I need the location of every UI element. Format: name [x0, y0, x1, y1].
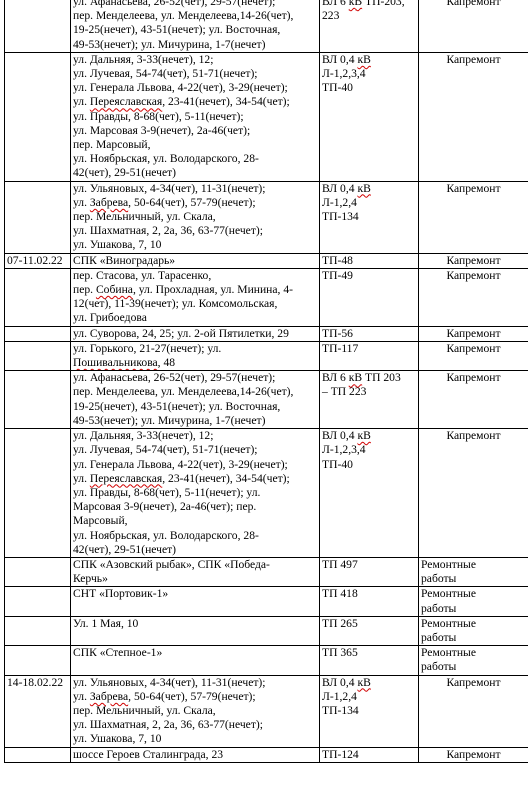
text-line: ТП-48: [322, 254, 416, 268]
address-cell: СПК «Азовский рыбак», СПК «Победа-Керчь»: [71, 557, 320, 586]
text-line: пер. Менделеева, ул. Менделеева,14-26(че…: [73, 385, 317, 399]
address-cell: ул. Ульяновых, 4-34(чет), 11-31(нечет);у…: [71, 181, 320, 253]
object-cell: ТП 365: [320, 646, 419, 675]
text-line: Л-1,2,4: [322, 690, 416, 704]
text-line: ТП 265: [322, 617, 416, 631]
text-line: ТП-134: [322, 210, 416, 224]
document-page: ул. Афанасьева, 26-52(чет), 29-57(нечет)…: [4, 0, 528, 763]
work-type-cell: Капремонт: [419, 326, 528, 341]
address-cell: ул. Дальняя, 3-33(нечет), 12;ул. Лучевая…: [71, 52, 320, 181]
table-row: ул. Афанасьева, 26-52(чет), 29-57(нечет)…: [5, 0, 528, 52]
text-line: ТП 418: [322, 587, 416, 601]
text-line: ул. Афанасьева, 26-52(чет), 29-57(нечет)…: [73, 0, 317, 9]
date-cell: 14-18.02.22: [5, 675, 71, 747]
text-line: ул. Переяславская, 23-41(нечет), 34-54(ч…: [73, 95, 317, 109]
address-cell: Ул. 1 Мая, 10: [71, 616, 320, 645]
date-cell: [5, 52, 71, 181]
address-cell: ул. Афанасьева, 26-52(чет), 29-57(нечет)…: [71, 0, 320, 52]
text-line: пер. Собина, ул. Прохладная, ул. Минина,…: [73, 283, 317, 297]
text-line: работы: [421, 660, 526, 674]
table-row: ул. Суворова, 24, 25; ул. 2-ой Пятилетки…: [5, 326, 528, 341]
spellcheck-flag: Собина: [96, 283, 133, 296]
address-cell: ул. Афанасьева, 26-52(чет), 29-57(нечет)…: [71, 371, 320, 429]
text-line: Марсовая 3-9(нечет), 2а-46(чет); пер.: [73, 500, 317, 514]
spellcheck-flag: Забрева: [90, 196, 128, 209]
text-line: Пошивальникова, 48: [73, 356, 317, 370]
text-line: ул. Афанасьева, 26-52(чет), 29-57(нечет)…: [73, 371, 317, 385]
outage-schedule-table: ул. Афанасьева, 26-52(чет), 29-57(нечет)…: [4, 0, 528, 763]
address-cell: СНТ «Портовик-1»: [71, 587, 320, 616]
text-line: СПК «Виноградарь»: [73, 254, 317, 268]
text-line: ул. Забрева, 50-64(чет), 57-79(нечет);: [73, 690, 317, 704]
text-line: Л-1,2,3,4: [322, 67, 416, 81]
table-row: ул. Ульяновых, 4-34(чет), 11-31(нечет);у…: [5, 181, 528, 253]
text-line: ТП-40: [322, 458, 416, 472]
text-line: 42(чет), 29-51(нечет): [73, 166, 317, 180]
text-line: шоссе Героев Сталинграда, 23: [73, 748, 317, 762]
date-cell: 07-11.02.22: [5, 253, 71, 268]
table-body: ул. Афанасьева, 26-52(чет), 29-57(нечет)…: [5, 0, 528, 762]
object-cell: ТП 497: [320, 557, 419, 586]
date-cell: [5, 341, 71, 370]
spellcheck-flag: кВ: [349, 0, 362, 8]
spellcheck-flag: кВ: [349, 371, 362, 384]
text-line: 42(чет), 29-51(нечет): [73, 543, 317, 557]
text-line: ВЛ 0,4 кВ: [322, 429, 416, 443]
text-line: Ремонтные: [421, 587, 526, 601]
table-row: Ул. 1 Мая, 10ТП 265Ремонтныеработы: [5, 616, 528, 645]
text-line: Л-1,2,3,4: [322, 443, 416, 457]
table-row: СНТ «Портовик-1»ТП 418Ремонтныеработы: [5, 587, 528, 616]
address-cell: ул. Дальняя, 3-33(нечет), 12;ул. Лучевая…: [71, 429, 320, 558]
work-type-cell: Капремонт: [419, 675, 528, 747]
text-line: 12(чет), 11-39(нечет); ул. Комсомольская…: [73, 297, 317, 311]
text-line: Ремонтные: [421, 617, 526, 631]
text-line: ул. Суворова, 24, 25; ул. 2-ой Пятилетки…: [73, 327, 317, 341]
address-cell: СПК «Степное-1»: [71, 646, 320, 675]
text-line: ул. Лучевая, 54-74(чет), 51-71(нечет);: [73, 67, 317, 81]
address-cell: СПК «Виноградарь»: [71, 253, 320, 268]
work-type-cell: Капремонт: [419, 52, 528, 181]
text-line: ул. Ульяновых, 4-34(чет), 11-31(нечет);: [73, 182, 317, 196]
text-line: СНТ «Портовик-1»: [73, 587, 317, 601]
text-line: ул. Ноябрьская, ул. Володарского, 28-: [73, 529, 317, 543]
work-type-cell: Капремонт: [419, 181, 528, 253]
spellcheck-flag: кВ: [357, 429, 370, 442]
text-line: 19-25(нечет), 43-51(нечет); ул. Восточна…: [73, 23, 317, 37]
text-line: ул. Грибоедова: [73, 311, 317, 325]
date-cell: [5, 747, 71, 762]
text-line: – ТП 223: [322, 385, 416, 399]
text-line: пер. Мельничный, ул. Скала,: [73, 704, 317, 718]
text-line: ТП 365: [322, 646, 416, 660]
work-type-cell: Капремонт: [419, 341, 528, 370]
date-cell: [5, 268, 71, 326]
text-line: СПК «Азовский рыбак», СПК «Победа-: [73, 558, 317, 572]
text-line: ВЛ 0,4 кВ: [322, 182, 416, 196]
table-row: СПК «Степное-1»ТП 365Ремонтныеработы: [5, 646, 528, 675]
work-type-cell: Капремонт: [419, 747, 528, 762]
spellcheck-flag: Пошивальникова: [73, 356, 158, 369]
text-line: ул. Забрева, 50-64(чет), 57-79(нечет);: [73, 196, 317, 210]
table-row: СПК «Азовский рыбак», СПК «Победа-Керчь»…: [5, 557, 528, 586]
date-cell: [5, 181, 71, 253]
date-cell: [5, 429, 71, 558]
address-cell: ул. Ульяновых, 4-34(чет), 11-31(нечет);у…: [71, 675, 320, 747]
table-row: ул. Горького, 21-27(нечет); ул.Пошивальн…: [5, 341, 528, 370]
text-line: 49-53(нечет); ул. Мичурина, 1-7(нечет): [73, 38, 317, 52]
work-type-cell: Ремонтныеработы: [419, 616, 528, 645]
text-line: 19-25(нечет), 43-51(нечет); ул. Восточна…: [73, 400, 317, 414]
text-line: пер. Марсовый,: [73, 138, 317, 152]
text-line: Марсовый,: [73, 514, 317, 528]
text-line: пер. Мельничный, ул. Скала,: [73, 210, 317, 224]
spellcheck-flag: Переяславская: [90, 472, 162, 485]
text-line: ВЛ 0,4 кВ: [322, 53, 416, 67]
text-line: ул. Правды, 8-68(чет), 5-11(нечет);: [73, 110, 317, 124]
text-line: работы: [421, 631, 526, 645]
object-cell: ТП 418: [320, 587, 419, 616]
spellcheck-flag: кВ: [357, 182, 370, 195]
address-cell: ул. Горького, 21-27(нечет); ул.Пошивальн…: [71, 341, 320, 370]
text-line: ул. Ноябрьская, ул. Володарского, 28-: [73, 152, 317, 166]
text-line: ул. Генерала Львова, 4-22(чет), 3-29(неч…: [73, 81, 317, 95]
work-type-cell: Ремонтныеработы: [419, 646, 528, 675]
object-cell: ВЛ 6 кВ ТП-203,223: [320, 0, 419, 52]
spellcheck-flag: Переяславская: [90, 95, 162, 108]
object-cell: ВЛ 0,4 кВЛ-1,2,4ТП-134: [320, 181, 419, 253]
text-line: Л-1,2,4: [322, 196, 416, 210]
text-line: пер. Менделеева, ул. Менделеева,14-26(че…: [73, 9, 317, 23]
date-cell: [5, 587, 71, 616]
date-cell: [5, 646, 71, 675]
text-line: Ремонтные: [421, 646, 526, 660]
address-cell: пер. Стасова, ул. Тарасенко,пер. Собина,…: [71, 268, 320, 326]
text-line: ул. Дальняя, 3-33(нечет), 12;: [73, 53, 317, 67]
text-line: ул. Шахматная, 2, 2а, 36, 63-77(нечет);: [73, 224, 317, 238]
date-cell: [5, 557, 71, 586]
text-line: ТП-40: [322, 81, 416, 95]
text-line: ул. Дальняя, 3-33(нечет), 12;: [73, 429, 317, 443]
spellcheck-flag: Забрева: [90, 690, 128, 703]
table-row: ул. Дальняя, 3-33(нечет), 12;ул. Лучевая…: [5, 52, 528, 181]
text-line: ул. Шахматная, 2, 2а, 36, 63-77(нечет);: [73, 718, 317, 732]
text-line: ТП-117: [322, 342, 416, 356]
text-line: ул. Генерала Львова, 4-22(чет), 3-29(неч…: [73, 458, 317, 472]
work-type-cell: Капремонт: [419, 253, 528, 268]
work-type-cell: Ремонтныеработы: [419, 557, 528, 586]
table-row: 07-11.02.22СПК «Виноградарь»ТП-48Капремо…: [5, 253, 528, 268]
table-row: шоссе Героев Сталинграда, 23ТП-124Капрем…: [5, 747, 528, 762]
text-line: 223: [322, 9, 416, 23]
object-cell: ТП-117: [320, 341, 419, 370]
table-row: ул. Афанасьева, 26-52(чет), 29-57(нечет)…: [5, 371, 528, 429]
object-cell: ТП-49: [320, 268, 419, 326]
date-cell: [5, 616, 71, 645]
date-cell: [5, 371, 71, 429]
text-line: ТП-124: [322, 748, 416, 762]
text-line: ул. Лучевая, 54-74(чет), 51-71(нечет);: [73, 443, 317, 457]
text-line: ул. Ушакова, 7, 10: [73, 732, 317, 746]
address-cell: ул. Суворова, 24, 25; ул. 2-ой Пятилетки…: [71, 326, 320, 341]
work-type-cell: Капремонт: [419, 268, 528, 326]
text-line: ул. Правды, 8-68(чет), 5-11(нечет); ул.: [73, 486, 317, 500]
object-cell: ТП-56: [320, 326, 419, 341]
text-line: ТП 497: [322, 558, 416, 572]
text-line: ул. Переяславская, 23-41(нечет), 34-54(ч…: [73, 472, 317, 486]
text-line: ул. Ульяновых, 4-34(чет), 11-31(нечет);: [73, 676, 317, 690]
text-line: ул. Марсовая 3-9(нечет), 2а-46(чет);: [73, 124, 317, 138]
table-row: 14-18.02.22ул. Ульяновых, 4-34(чет), 11-…: [5, 675, 528, 747]
text-line: СПК «Степное-1»: [73, 646, 317, 660]
object-cell: ТП-124: [320, 747, 419, 762]
text-line: работы: [421, 602, 526, 616]
table-row: ул. Дальняя, 3-33(нечет), 12;ул. Лучевая…: [5, 429, 528, 558]
text-line: 49-53(нечет); ул. Мичурина, 1-7(нечет): [73, 414, 317, 428]
work-type-cell: Капремонт: [419, 0, 528, 52]
text-line: ТП-49: [322, 269, 416, 283]
object-cell: ТП 265: [320, 616, 419, 645]
date-cell: [5, 0, 71, 52]
spellcheck-flag: кВ: [357, 676, 370, 689]
text-line: ВЛ 6 кВ ТП-203,: [322, 0, 416, 9]
spellcheck-flag: кВ: [357, 53, 370, 66]
text-line: пер. Стасова, ул. Тарасенко,: [73, 269, 317, 283]
date-cell: [5, 326, 71, 341]
table-row: пер. Стасова, ул. Тарасенко,пер. Собина,…: [5, 268, 528, 326]
text-line: работы: [421, 572, 526, 586]
text-line: ТП-56: [322, 327, 416, 341]
text-line: ТП-134: [322, 704, 416, 718]
text-line: Ул. 1 Мая, 10: [73, 617, 317, 631]
text-line: ул. Ушакова, 7, 10: [73, 238, 317, 252]
object-cell: ВЛ 0,4 кВЛ-1,2,3,4ТП-40: [320, 52, 419, 181]
text-line: ВЛ 6 кВ ТП 203: [322, 371, 416, 385]
object-cell: ТП-48: [320, 253, 419, 268]
work-type-cell: Капремонт: [419, 371, 528, 429]
object-cell: ВЛ 0,4 кВЛ-1,2,3,4ТП-40: [320, 429, 419, 558]
object-cell: ВЛ 6 кВ ТП 203– ТП 223: [320, 371, 419, 429]
text-line: ул. Горького, 21-27(нечет); ул.: [73, 342, 317, 356]
text-line: ВЛ 0,4 кВ: [322, 676, 416, 690]
text-line: Керчь»: [73, 572, 317, 586]
work-type-cell: Ремонтныеработы: [419, 587, 528, 616]
object-cell: ВЛ 0,4 кВЛ-1,2,4ТП-134: [320, 675, 419, 747]
address-cell: шоссе Героев Сталинграда, 23: [71, 747, 320, 762]
work-type-cell: Капремонт: [419, 429, 528, 558]
text-line: Ремонтные: [421, 558, 526, 572]
